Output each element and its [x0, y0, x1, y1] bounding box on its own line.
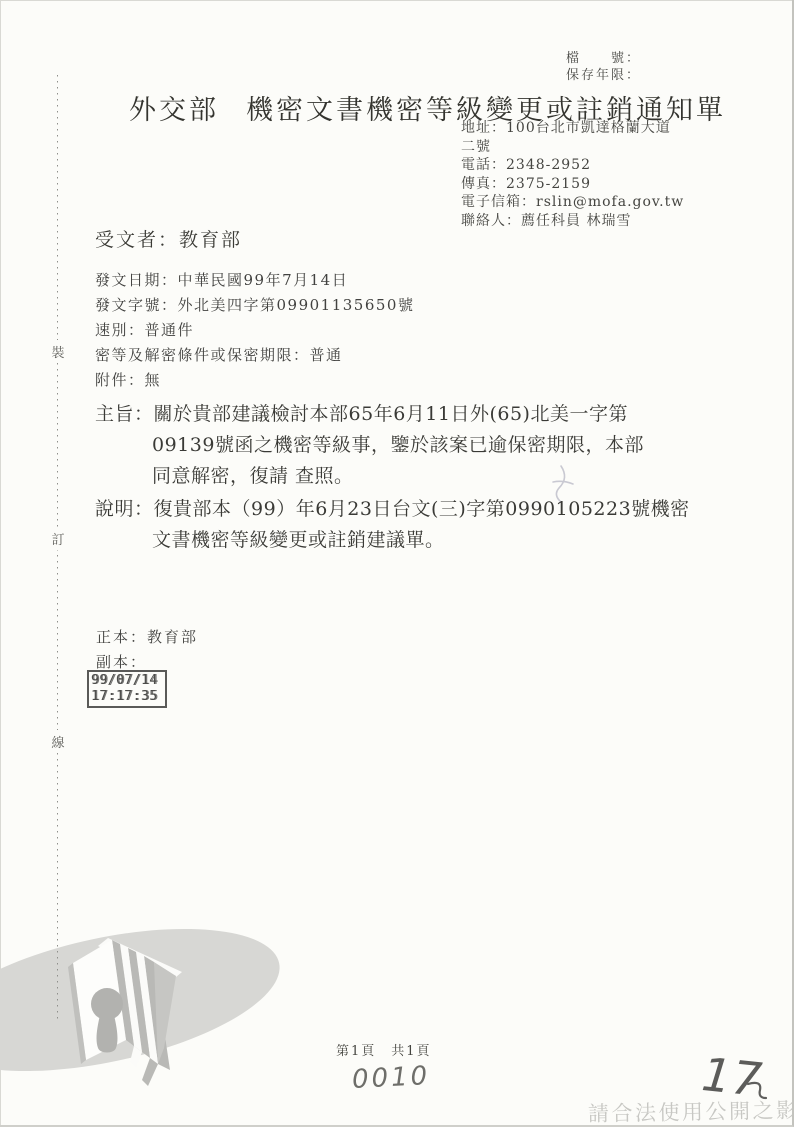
recipient-line: 受文者：教育部 [95, 225, 242, 252]
address-line1: 地址：100台北市凱達格蘭大道 [461, 119, 684, 138]
title-agency: 外交部 [129, 88, 219, 127]
binding-mark-ding: 訂 [50, 527, 66, 550]
explanation-line2: 文書機密等級變更或註銷建議單。 [152, 525, 445, 552]
explanation-text1: 復貴部本（99）年6月23日台文(三)字第0990105223號機密 [154, 498, 690, 520]
binding-mark-xian: 線 [50, 730, 66, 753]
file-number-label: 檔 號： [566, 50, 641, 67]
stamp-date: 99/07/14 [91, 673, 163, 689]
original-recipient-line: 正本：教育部 [96, 625, 198, 650]
binding-mark-zhuang: 裝 [50, 340, 66, 363]
address-line2: 二號 [461, 138, 684, 157]
subject-text1: 關於貴部建議檢討本部65年6月11日外(65)北美一字第 [154, 403, 628, 425]
phone-line: 電話：2348-2952 [461, 156, 684, 175]
handwritten-code: 0010 [351, 1061, 431, 1095]
fax-line: 傳真：2375-2159 [461, 175, 684, 194]
subject-line1: 主旨：關於貴部建議檢討本部65年6月11日外(65)北美一字第 [95, 399, 628, 426]
document-meta-block: 發文日期：中華民國99年7月14日 發文字號：外北美四字第09901135650… [95, 268, 414, 393]
explanation-label: 說明： [95, 498, 154, 520]
priority-line: 速別：普通件 [95, 318, 414, 343]
file-number-block: 檔 號： 保存年限： [566, 50, 641, 84]
issue-date-line: 發文日期：中華民國99年7月14日 [95, 268, 414, 293]
security-logo-watermark [0, 918, 300, 1118]
subject-label: 主旨： [95, 403, 154, 425]
doc-number-line: 發文字號：外北美四字第09901135650號 [95, 293, 414, 318]
subject-line2: 09139號函之機密等級事，鑒於該案已逾保密期限，本部 [152, 430, 644, 457]
agency-contact-block: 地址：100台北市凱達格蘭大道 二號 電話：2348-2952 傳真：2375-… [461, 119, 684, 230]
page-indicator: 第1頁 共1頁 [336, 1040, 432, 1059]
email-line: 電子信箱：rslin@mofa.gov.tw [461, 193, 684, 212]
distribution-block: 正本：教育部 副本： [96, 625, 198, 675]
retention-period-label: 保存年限： [566, 67, 641, 84]
stamp-time: 17:17:35 [91, 689, 163, 705]
subject-line3: 同意解密，復請 查照。 [152, 461, 354, 488]
contact-person-line: 聯絡人：薦任科員 林瑞雪 [461, 212, 684, 231]
scanned-official-letter: 裝 訂 線 檔 號： 保存年限： 外交部 機密文書機密等級變更或註銷通知單 地址… [0, 0, 794, 1127]
attachment-line: 附件：無 [95, 368, 414, 393]
explanation-line1: 說明：復貴部本（99）年6月23日台文(三)字第0990105223號機密 [95, 494, 690, 521]
keyhole-documents-logo-icon [0, 918, 300, 1118]
security-line: 密等及解密條件或保密期限：普通 [95, 343, 414, 368]
copyright-watermark-text: 請合法使用公開之影像 [588, 1094, 794, 1127]
received-datetime-stamp: 99/07/14 17:17:35 [87, 670, 167, 708]
